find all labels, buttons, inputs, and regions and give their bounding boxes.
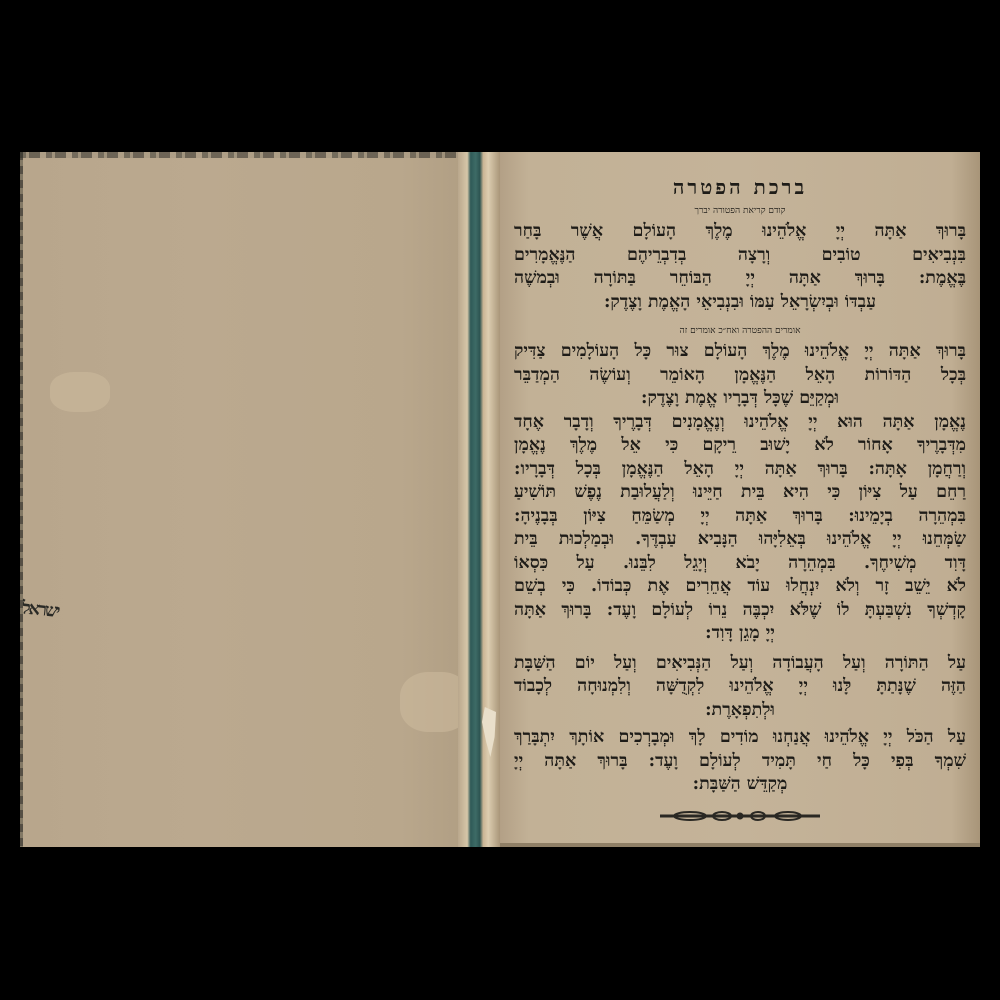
text-line: יְיָ מָגֵן דָּוִד: [514, 622, 966, 646]
text-line: וּלְתִפְאָרֶת: [514, 699, 966, 723]
text-line: לֹא יֵשֵׁב זָר וְלֹא יִנְחֲלוּ עוֹד אֲחֵ… [514, 575, 966, 599]
text-line: רַחֵם עַל צִיּוֹן כִּי הִיא בֵּית חַיֵּי… [514, 481, 966, 505]
text-line: בָּרוּךְ אַתָּה יְיָ אֱלֹהֵינוּ מֶלֶךְ ה… [514, 220, 966, 244]
blessing-after-tzur: בָּרוּךְ אַתָּה יְיָ אֱלֹהֵינוּ מֶלֶךְ ה… [514, 340, 966, 411]
left-page-outer-edge [20, 152, 23, 847]
blessing-after-neeman-rachem-samchenu: נֶאֱמָן אַתָּה הוּא יְיָ אֱלֹהֵינוּ וְנֶ… [514, 411, 966, 646]
text-line: קָדְשְׁךָ נִשְׁבַּעְתָּ לוֹ שֶׁלֹּא יִכְ… [514, 599, 966, 623]
book-spine-green-cloth [458, 152, 500, 847]
text-line: עַל הַתּוֹרָה וְעַל הָעֲבוֹדָה וְעַל הַנ… [514, 652, 966, 676]
text-line: נֶאֱמָן אַתָּה הוּא יְיָ אֱלֹהֵינוּ וְנֶ… [514, 411, 966, 435]
left-page-blank: ישראל [20, 152, 468, 847]
text-line: וְרַחֲמָן אָתָּה: בָּרוּךְ אַתָּה יְיָ ה… [514, 458, 966, 482]
text-line: עַבְדּוֹ וּבְיִשְׂרָאֵל עַמּוֹ וּבִנְבִי… [514, 291, 966, 315]
left-edge-text-fragment: ישראל [21, 597, 75, 624]
right-page-haftarah-blessings: ברכת הפטרה קודם קריאת הפטורה יברך בָּרוּ… [500, 152, 980, 847]
decorative-chain-ornament-icon [660, 811, 820, 821]
prayer-text-block: ברכת הפטרה קודם קריאת הפטורה יברך בָּרוּ… [514, 174, 966, 821]
text-line: וּמְקַיֵּם שֶׁכָּל דְּבָרָיו אֱמֶת וָצֶד… [514, 387, 966, 411]
text-line: שִׁמְךָ בְּפִי כָּל חַי תָּמִיד לְעוֹלָם… [514, 750, 966, 774]
blessing-before-haftarah: בָּרוּךְ אַתָּה יְיָ אֱלֹהֵינוּ מֶלֶךְ ה… [514, 220, 966, 314]
rubric-after-reading: אומרים ההפטרה ואח״כ אומרים זה [514, 324, 966, 338]
text-line: הַזֶּה שֶׁנָּתַתָּ לָּנוּ יְיָ אֱלֹהֵינו… [514, 675, 966, 699]
rubric-before-reading: קודם קריאת הפטורה יברך [514, 204, 966, 218]
page-title: ברכת הפטרה [514, 174, 966, 200]
left-page-top-torn-edge [20, 152, 468, 158]
text-line: בִּמְהֵרָה בְיָמֵינוּ: בָּרוּךְ אַתָּה י… [514, 505, 966, 529]
text-line: שַׂמְּחֵנוּ יְיָ אֱלֹהֵינוּ בְּאֵלִיָּהו… [514, 528, 966, 552]
text-line: בָּרוּךְ אַתָּה יְיָ אֱלֹהֵינוּ מֶלֶךְ ה… [514, 340, 966, 364]
text-line: מִדְּבָרֶיךָ אָחוֹר לֹא יָשׁוּב רֵיקָם כ… [514, 434, 966, 458]
text-line: בְּכָל הַדּוֹרוֹת הָאֵל הַנֶּאֱמָן הָאוֹ… [514, 364, 966, 388]
text-line: עַל הַכֹּל יְיָ אֱלֹהֵינוּ אֲנַחְנוּ מוֹ… [514, 726, 966, 750]
text-line: בֶּאֱמֶת: בָּרוּךְ אַתָּה יְיָ הַבּוֹחֵר… [514, 267, 966, 291]
text-line: בִּנְבִיאִים טוֹבִים וְרָצָה בְדִבְרֵיהֶ… [514, 244, 966, 268]
blessing-after-al-hakol: עַל הַכֹּל יְיָ אֱלֹהֵינוּ אֲנַחְנוּ מוֹ… [514, 726, 966, 797]
open-book: ישראל ברכת הפטרה קודם קריאת הפטורה יברך … [20, 152, 980, 847]
blessing-after-al-hatorah: עַל הַתּוֹרָה וְעַל הָעֲבוֹדָה וְעַל הַנ… [514, 652, 966, 723]
text-line: מְקַדֵּשׁ הַשַּׁבָּת: [514, 773, 966, 797]
text-line: דָּוִד מְשִׁיחֶךָ. בִּמְהֵרָה יָבֹא וְיָ… [514, 552, 966, 576]
paper-stain [50, 372, 110, 412]
